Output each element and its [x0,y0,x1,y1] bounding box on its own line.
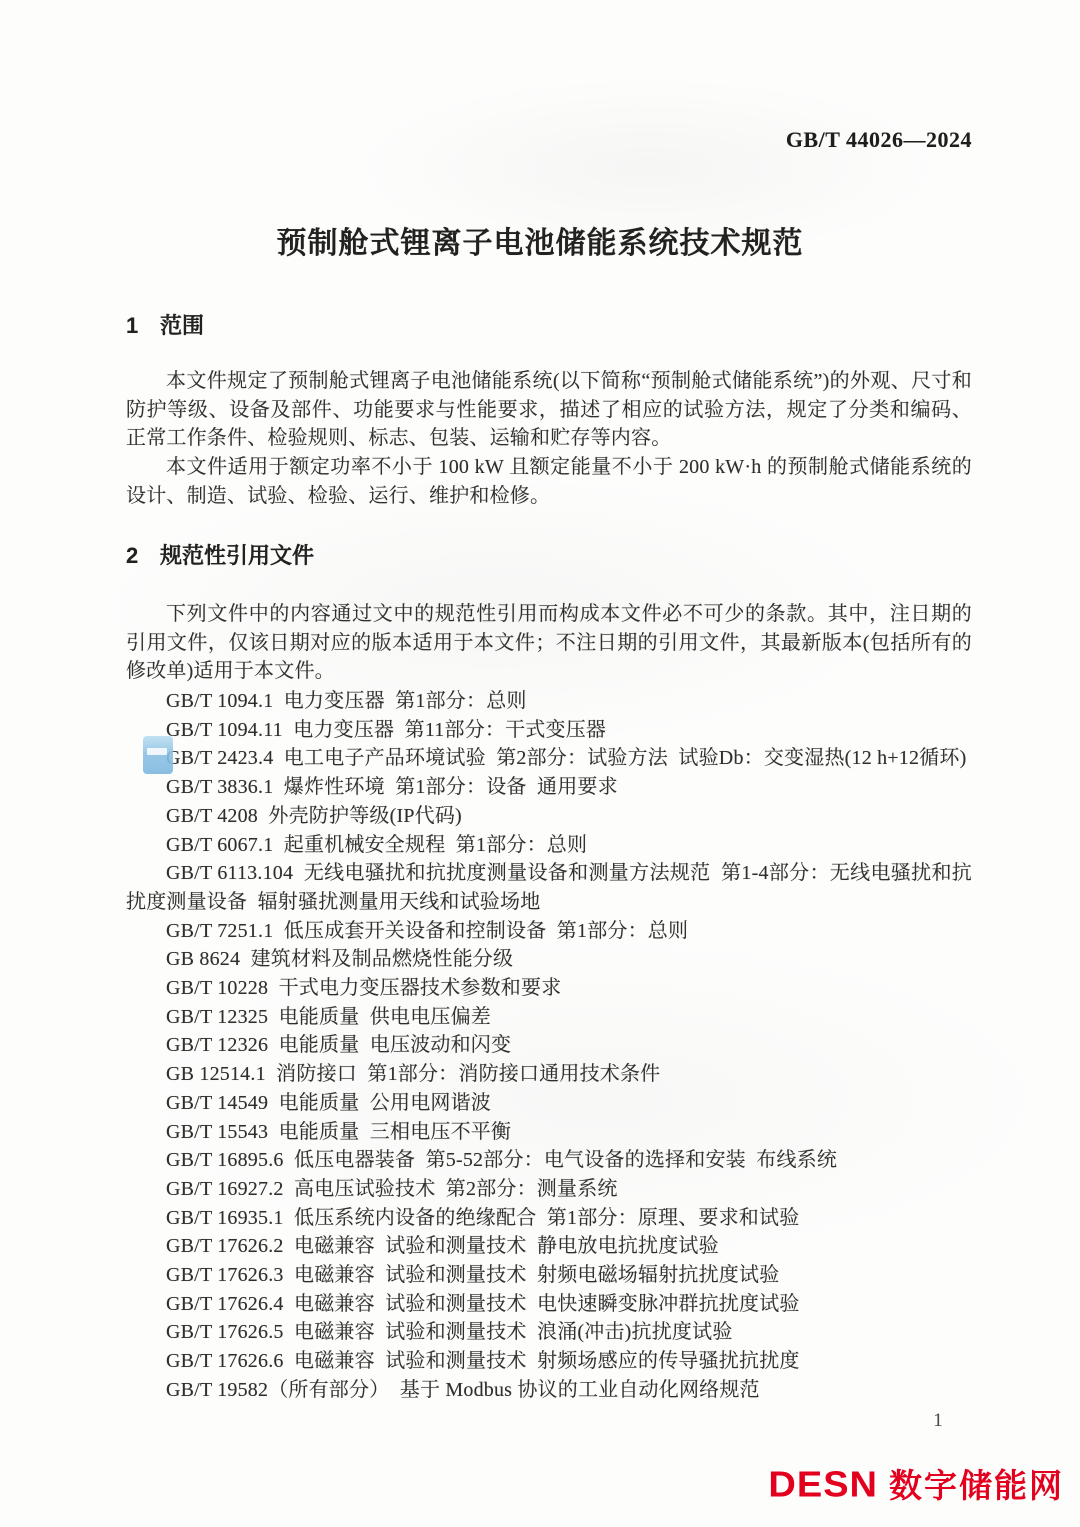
desn-logo: DESN 数字储能网 [768,1466,1064,1504]
reference-item: GB/T 14549 电能质量 公用电网谐波 [126,1089,972,1118]
reference-item: GB/T 17626.3 电磁兼容 试验和测量技术 射频电磁场辐射抗扰度试验 [126,1261,972,1290]
reference-item: GB/T 2423.4 电工电子产品环境试验 第2部分：试验方法 试验Db：交变… [126,744,972,773]
reference-list: GB/T 1094.1 电力变压器 第1部分：总则GB/T 1094.11 电力… [126,687,972,1405]
reference-item: GB 12514.1 消防接口 第1部分：消防接口通用技术条件 [126,1060,972,1089]
references-intro: 下列文件中的内容通过文中的规范性引用而构成本文件必不可少的条款。其中，注日期的引… [126,600,972,686]
doc-number: GB/T 44026—2024 [786,127,972,153]
reference-item: GB/T 16927.2 高电压试验技术 第2部分：测量系统 [126,1175,972,1204]
reference-item: GB/T 6113.104 无线电骚扰和抗扰度测量设备和测量方法规范 第1-4部… [126,859,972,916]
reference-item: GB/T 4208 外壳防护等级(IP代码) [126,802,972,831]
document-page: GB/T 44026—2024 预制舱式锂离子电池储能系统技术规范 1范围 本文… [0,0,1080,1527]
scope-paragraphs: 本文件规定了预制舱式锂离子电池储能系统(以下简称“预制舱式储能系统”)的外观、尺… [126,367,972,511]
section-2-number: 2 [126,544,160,568]
page-title: 预制舱式锂离子电池储能系统技术规范 [0,218,1080,262]
reference-item: GB/T 7251.1 低压成套开关设备和控制设备 第1部分：总则 [126,917,972,946]
page-number: 1 [924,1410,952,1432]
reference-item: GB/T 19582（所有部分） 基于 Modbus 协议的工业自动化网络规范 [126,1376,972,1405]
references-intro-block: 下列文件中的内容通过文中的规范性引用而构成本文件必不可少的条款。其中，注日期的引… [126,600,972,686]
desn-logo-cjk: 数字储能网 [889,1469,1064,1502]
reference-item: GB/T 17626.4 电磁兼容 试验和测量技术 电快速瞬变脉冲群抗扰度试验 [126,1290,972,1319]
reference-item: GB/T 15543 电能质量 三相电压不平衡 [126,1118,972,1147]
watermark-blob [143,736,173,774]
reference-item: GB/T 1094.1 电力变压器 第1部分：总则 [126,687,972,716]
reference-item: GB/T 12325 电能质量 供电电压偏差 [126,1003,972,1032]
reference-item: GB/T 17626.2 电磁兼容 试验和测量技术 静电放电抗扰度试验 [126,1232,972,1261]
reference-item: GB/T 1094.11 电力变压器 第11部分：干式变压器 [126,716,972,745]
reference-item: GB 8624 建筑材料及制品燃烧性能分级 [126,945,972,974]
section-2-heading: 2规范性引用文件 [126,544,972,568]
scope-paragraph-2: 本文件适用于额定功率不小于 100 kW 且额定能量不小于 200 kW·h 的… [126,453,972,510]
reference-item: GB/T 10228 干式电力变压器技术参数和要求 [126,974,972,1003]
reference-item: GB/T 17626.5 电磁兼容 试验和测量技术 浪涌(冲击)抗扰度试验 [126,1318,972,1347]
reference-item: GB/T 16895.6 低压电器装备 第5-52部分：电气设备的选择和安装 布… [126,1146,972,1175]
section-1-label: 范围 [160,313,204,338]
reference-item: GB/T 3836.1 爆炸性环境 第1部分：设备 通用要求 [126,773,972,802]
reference-item: GB/T 17626.6 电磁兼容 试验和测量技术 射频场感应的传导骚扰抗扰度 [126,1347,972,1376]
desn-logo-latin: DESN [768,1467,878,1503]
scope-paragraph-1: 本文件规定了预制舱式锂离子电池储能系统(以下简称“预制舱式储能系统”)的外观、尺… [126,367,972,453]
reference-item: GB/T 16935.1 低压系统内设备的绝缘配合 第1部分：原理、要求和试验 [126,1204,972,1233]
reference-item: GB/T 12326 电能质量 电压波动和闪变 [126,1031,972,1060]
section-2-label: 规范性引用文件 [160,543,314,568]
section-1-number: 1 [126,314,160,338]
reference-item: GB/T 6067.1 起重机械安全规程 第1部分：总则 [126,831,972,860]
section-1-heading: 1范围 [126,314,972,338]
